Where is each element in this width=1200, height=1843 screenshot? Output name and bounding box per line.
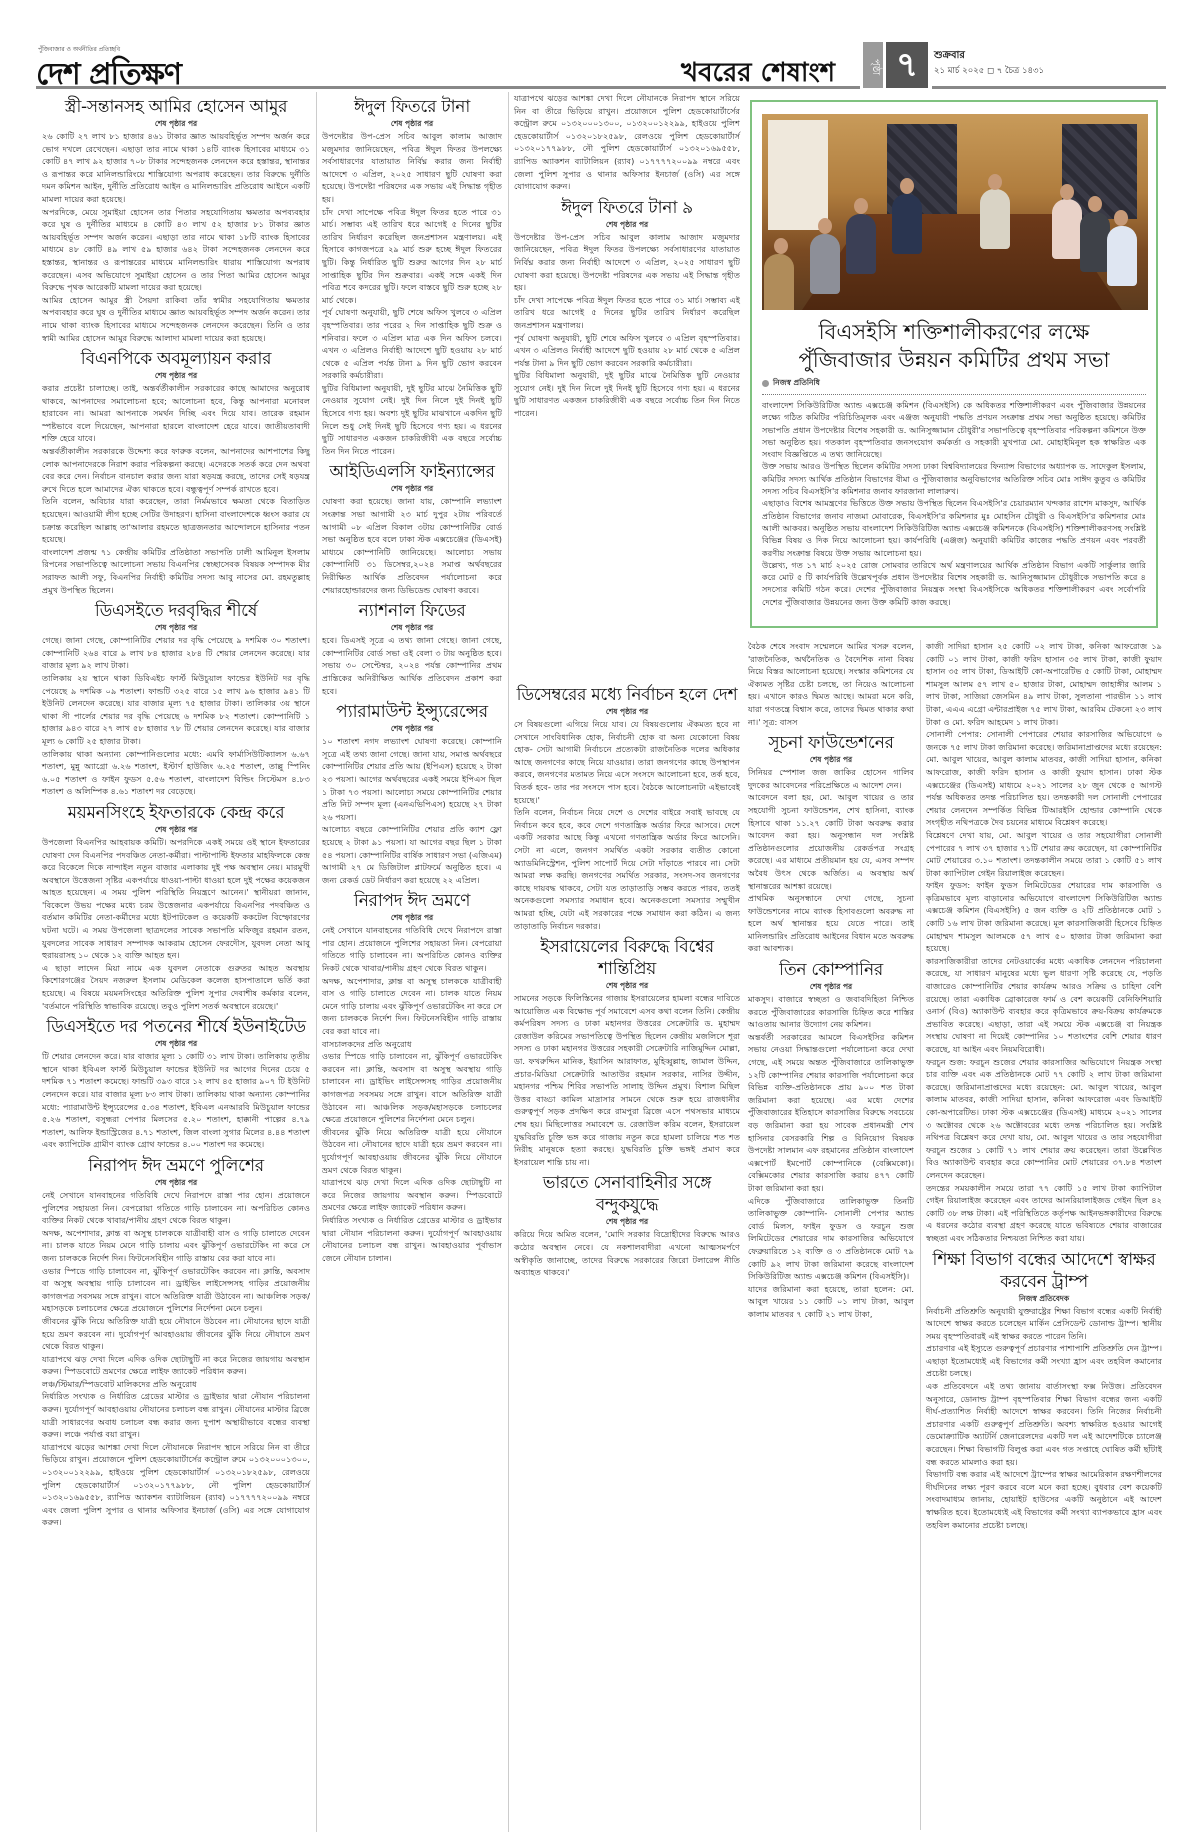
byline-text: নিজস্ব প্রতিনিধি (773, 378, 820, 387)
paragraph: অদক্ষ, অপেশাদার, ক্লান্ত বা অসুস্থ চালকক… (322, 975, 502, 1038)
headline[interactable]: সূচনা ফাউন্ডেশনের (748, 732, 914, 754)
article-safe-eid-travel: নিরাপদ ঈদ ভ্রমণে শেষ পৃষ্ঠার পর নেই সেখা… (322, 890, 502, 1264)
paragraph: হবে। ডিএসই সূত্রে এ তথ্য জানা গেছে। জানা… (322, 634, 502, 697)
article-national-feed: ন্যাশনাল ফিডের শেষ পৃষ্ঠার পর হবে। ডিএসই… (322, 600, 502, 697)
paragraph: সে বিষয়গুলো এগিয়ে নিয়ে যাব। যে বিষয়গ… (514, 718, 740, 806)
paragraph: বাংলাদেশ প্রজন্ম ৭১ কেন্দ্রীয় কমিটির প্… (42, 546, 310, 596)
paragraph: আলোচ্য বছরে কোম্পানিটির শেয়ার প্রতি ক্য… (322, 823, 502, 886)
photo-person (892, 194, 922, 254)
headline[interactable]: নিরাপদ ঈদ ভ্রমণে (322, 890, 502, 912)
issue-date: ২১ মার্চ ২০২৫ ◻ ৭ চৈত্র ১৪৩১ (934, 64, 1044, 78)
column-4: বৈঠক শেষে সংবাদ সম্মেলনে আমির খসরু বলেন,… (748, 640, 914, 1321)
paragraph: যাদের জরিমানা করা হয়েছে, তারা হলেন: মো.… (748, 1283, 914, 1321)
headline[interactable]: প্যারামাউন্ট ইন্স্যুরেন্সের (322, 701, 502, 723)
headline[interactable]: বিএনপিকে অবমূল্যায়ন করার (42, 348, 310, 370)
photo-person-head (1060, 184, 1074, 200)
photo-person (1080, 212, 1110, 272)
paragraph: পূর্ব ঘোষণা অনুযায়ী, ছুটি শেষে অফিস খুল… (322, 306, 502, 382)
paragraph: ফরচুন শুজ: ফরচুন শুজের শেয়ার কারসাজির অ… (926, 1056, 1162, 1182)
headline[interactable]: শিক্ষা বিভাগ বন্ধের আদেশে স্বাক্ষর করবেন… (926, 1249, 1162, 1293)
paragraph: তিনি বলেন, নির্বাচন নিয়ে দেশে ও দেশের ব… (514, 806, 740, 932)
headline[interactable]: আইডিএলসি ফাইন্যান্সের (322, 461, 502, 483)
photo-person-head (774, 238, 788, 254)
article-trump-education: শিক্ষা বিভাগ বন্ধের আদেশে স্বাক্ষর করবেন… (926, 1249, 1162, 1532)
headline[interactable]: ডিএসইতে দর পতনের শীর্ষে ইউনাইটেড (42, 1016, 310, 1038)
page-number: ৭ (886, 42, 928, 88)
paragraph: চাঁদ দেখা সাপেক্ষে পবিত্র ঈদুল ফিতর হতে … (514, 294, 740, 332)
paragraph: এ ছাড়া লাদেন মিয়া নামে এক যুবদল নেতাকে… (42, 962, 310, 1012)
paragraph: নির্ধারিত সংখ্যক ও নির্ধারিত গ্রেডের মাস… (42, 1390, 310, 1440)
photo-person-head (1114, 210, 1128, 226)
continued-label: শেষ পৃষ্ঠার পর (42, 370, 310, 381)
article-mymensingh: ময়মনসিংহে ইফতারকে কেন্দ্র করে শেষ পৃষ্ঠ… (42, 802, 310, 1012)
article-election-december: ডিসেম্বরের মধ্যে নির্বাচন হলে দেশ শেষ পৃ… (514, 684, 740, 932)
paragraph: সামনের সড়কে ফিলিস্তিনের গাজায় ইসরায়েল… (514, 992, 740, 1168)
paragraph: ফাইন ফুডস: ফাইন ফুডস লিমিটেডের শেয়ারের … (926, 879, 1162, 955)
paragraph: অন্তর্বর্তীকালীন সরকারকে উদ্দেশ্য করে ফা… (42, 445, 310, 495)
paragraph: উপজেলা বিএনপির আহবায়ক কমিটি। অপরদিকে এক… (42, 836, 310, 962)
paragraph: ২৬ কোটি ২৭ লাখ ৮১ হাজার ৪৬১ টাকার জ্ঞাত … (42, 130, 310, 206)
headline[interactable]: ন্যাশনাল ফিডের (322, 600, 502, 622)
column-divider (920, 640, 921, 1830)
paragraph: প্রাথমিক অনুসন্ধানে দেখা গেছে, সুচনা ফাউ… (748, 892, 914, 955)
paragraph: মাকসুদ। বাজারে স্বচ্ছতা ও জবাবদিহিতা নিশ… (748, 993, 914, 1031)
article-paramount: প্যারামাউন্ট ইন্স্যুরেন্সের শেষ পৃষ্ঠার … (322, 701, 502, 886)
paragraph: বৈঠক শেষে সংবাদ সম্মেলনে আমির খসরু বলেন,… (748, 640, 914, 728)
paragraph: করিয়ে দিয়ে অমিত বলেন, 'মোদি সরকার বিদ্… (514, 1228, 740, 1278)
byline: নিজস্ব প্রতিবেদক (926, 1293, 1162, 1304)
column-3: যাত্রাপথে ঝড়ের আশঙ্কা দেখা দিলে নৌযানকে… (514, 92, 740, 420)
subheading: লঞ্চ/স্টিমার/স্পিডবোট মালিকদের প্রতি অনু… (42, 1378, 310, 1391)
continued-label: শেষ পৃষ্ঠার পর (322, 723, 502, 734)
continued-label: শেষ পৃষ্ঠার পর (42, 1177, 310, 1188)
paragraph: জীবনের ঝুঁকি নিয়ে অতিরিক্ত যাত্রী হয়ে … (322, 1126, 502, 1176)
paragraph: ছুটির বিধিমালা অনুযায়ী, দুই ছুটির মাঝে … (514, 369, 740, 419)
subheading: বাসচালকদের প্রতি অনুরোধ (322, 1038, 502, 1051)
paragraph: নির্ধারিত সংখ্যক ও নির্ধারিত গ্রেডের মাস… (322, 1214, 502, 1264)
continued-label: শেষ পৃষ্ঠার পর (322, 622, 502, 633)
column-3-lower: ডিসেম্বরের মধ্যে নির্বাচন হলে দেশ শেষ পৃ… (514, 680, 740, 1279)
photo-person-head (854, 198, 868, 214)
article-eid-holiday: ঈদুল ফিতরে টানা শেষ পৃষ্ঠার পর উপদেষ্টার… (322, 96, 502, 457)
article-dse-fall: ডিএসইতে দর পতনের শীর্ষে ইউনাইটেড শেষ পৃষ… (42, 1016, 310, 1151)
photo-person (980, 189, 1010, 249)
paragraph: ঘোষণা করা হয়েছে। জানা যায়, কোম্পানি লভ… (322, 495, 502, 596)
paragraph: অপরদিকে, মেয়ে সুমাইয়া হোসেন তার পিতার … (42, 206, 310, 294)
column-1: স্ত্রী-সন্তানসহ আমির হোসেন আমুর শেষ পৃষ্… (42, 92, 310, 1529)
paragraph: ওভার স্পিডে গাড়ি চালাবেন না, ঝুঁকিপূর্ণ… (42, 1265, 310, 1315)
column-divider (316, 92, 317, 1832)
paragraph: এক প্রতিবেদনে এই তথ্য জানায় বার্তাসংস্থ… (926, 1380, 1162, 1468)
continued-label: শেষ পৃষ্ঠার পর (42, 824, 310, 835)
article-israel-protest: ইসরায়েলের বিরুদ্ধে বিশ্বের শান্তিপ্রিয়… (514, 936, 740, 1168)
page-label: পৃষ্ঠা (863, 42, 883, 88)
dotted-divider (762, 394, 1146, 395)
article-bnp-reform: বৈঠক শেষে সংবাদ সম্মেলনে আমির খসরু বলেন,… (748, 640, 914, 728)
continued-label: শেষ পৃষ্ঠার পর (42, 118, 310, 129)
article-bnp-devalue: বিএনপিকে অবমূল্যায়ন করার শেষ পৃষ্ঠার পর… (42, 348, 310, 596)
photo-person (764, 254, 794, 310)
feature-headline-line1: বিএসইসি শক্তিশালীকরণের লক্ষে (762, 318, 1146, 346)
paragraph: নেই সেখানে যানবাহনের গতিবিধি দেখে নিরাপদ… (42, 1189, 310, 1227)
paragraph: প্রচারণার এই ইস্যুতে গুরুত্বপূর্ণ প্রচার… (926, 1342, 1162, 1380)
article-safe-eid-police: নিরাপদ ঈদ ভ্রমণে পুলিশের শেষ পৃষ্ঠার পর … (42, 1155, 310, 1529)
paragraph: আবেদনে বলা হয়, মো. আবুল খায়ের ও তার সহ… (748, 791, 914, 892)
continued-label: শেষ পৃষ্ঠার পর (322, 912, 502, 923)
paragraph: টি শেয়ার লেনদেন করে। যার বাজার মূল্য ১ … (42, 1050, 310, 1151)
article-dse-rise: ডিএসইতে দরবৃদ্ধির শীর্ষে শেষ পৃষ্ঠার পর … (42, 600, 310, 798)
continued-label: শেষ পৃষ্ঠার পর (322, 483, 502, 494)
paragraph: যাত্রাপথে ঝড় দেখা দিলে এদিক ওদিক ছোটাছু… (42, 1353, 310, 1378)
photo-person (1052, 199, 1082, 259)
paragraph: এদিকে পুঁজিবাজারে তালিকাভুক্ত তিনটি তালি… (748, 1195, 914, 1283)
byline: নিজস্ব প্রতিনিধি (762, 378, 1146, 390)
issue-day: শুক্রবার (934, 48, 965, 65)
continued-label: শেষ পৃষ্ঠার পর (514, 1216, 740, 1227)
column-divider (508, 92, 509, 1832)
paragraph: নেই সেখানে যানবাহনের গতিবিধি দেখে নিরাপদ… (322, 924, 502, 974)
paragraph: সোনালী পেপার: সোনালী পেপারের শেয়ার কারস… (926, 728, 1162, 829)
paragraph: তদন্তের সময়কালীন সময়ে তারা ৭৭ কোটি ১৫ … (926, 1182, 1162, 1245)
paragraph: বিশ্লেষণে দেখা যায়, মো. আবুল খায়ের ও ত… (926, 829, 1162, 879)
photo-person (846, 214, 876, 274)
article-eid-holiday-9: ঈদুল ফিতরে টানা ৯ শেষ পৃষ্ঠার পর উপদেষ্ট… (514, 197, 740, 420)
paragraph: অন্তর্বর্তী সরকারের আমলে বিএসইসির কমিশন … (748, 1031, 914, 1195)
column-2: ঈদুল ফিতরে টানা শেষ পৃষ্ঠার পর উপদেষ্টার… (322, 92, 502, 1264)
paragraph: এছাড়াও বিশেষ আমন্ত্রণের ভিত্তিতে উক্ত স… (762, 497, 1146, 558)
paragraph: চাঁদ দেখা সাপেক্ষে পবিত্র ঈদুল ফিতর হতে … (322, 206, 502, 307)
headline[interactable]: ইসরায়েলের বিরুদ্ধে বিশ্বের শান্তিপ্রিয় (514, 936, 740, 980)
continued-label: শেষ পৃষ্ঠার পর (42, 622, 310, 633)
article-india-gunfight: ভারতে সেনাবাহিনীর সঙ্গে বন্দুকযুদ্ধে শেষ… (514, 1172, 740, 1278)
headline[interactable]: ডিএসইতে দরবৃদ্ধির শীর্ষে (42, 600, 310, 622)
feature-article-bsec: বিএসইসি শক্তিশালীকরণের লক্ষে পুঁজিবাজার … (750, 100, 1158, 628)
paragraph: করার প্রচেষ্টা চালাচ্ছে। তাই, অন্তর্বর্ত… (42, 382, 310, 445)
paragraph: অদক্ষ, অপেশাদার, ক্লান্ত বা অসুস্থ চালকক… (42, 1227, 310, 1265)
article-amir-hossain: স্ত্রী-সন্তানসহ আমির হোসেন আমুর শেষ পৃষ্… (42, 96, 310, 344)
paragraph: উপদেষ্টার উপ-প্রেস সচিব আবুল কালাম আজাদ … (514, 231, 740, 294)
paragraph: ওভার স্পিডে গাড়ি চালাবেন না, ঝুঁকিপূর্ণ… (322, 1050, 502, 1126)
paragraph: জীবনের ঝুঁকি নিয়ে অতিরিক্ত যাত্রী হয়ে … (42, 1315, 310, 1353)
section-title: খবরের শেষাংশ (681, 52, 835, 96)
paragraph: যাত্রাপথে ঝড়ের আশঙ্কা দেখা দিলে নৌযানকে… (514, 92, 740, 193)
headline[interactable]: ঈদুল ফিতরে টানা (322, 96, 502, 118)
paragraph: গেছে। জানা গেছে, কোম্পানিটির শেয়ার দর ব… (42, 634, 310, 672)
feature-headline[interactable]: বিএসইসি শক্তিশালীকরণের লক্ষে পুঁজিবাজার … (762, 318, 1146, 374)
committee-meeting-photo[interactable] (762, 114, 1148, 310)
headline[interactable]: নিরাপদ ঈদ ভ্রমণে পুলিশের (42, 1155, 310, 1177)
paragraph: সিনিয়র স্পেশাল জজ জাকির হোসেন গালিব দুদ… (748, 766, 914, 791)
paragraph: কাজী সাদিয়া হাসান ২৫ কোটি ০২ লাখ টাকা, … (926, 640, 1162, 728)
paragraph: ছুটির বিধিমালা অনুযায়ী, দুই ছুটির মাঝে … (322, 382, 502, 458)
article-suchona: সূচনা ফাউন্ডেশনের শেষ পৃষ্ঠার পর সিনিয়র… (748, 732, 914, 955)
paragraph: বিভাগটি বন্ধ করার এই আদেশে ট্রাম্পের স্ব… (926, 1468, 1162, 1531)
article-fines-detail: কাজী সাদিয়া হাসান ২৫ কোটি ০২ লাখ টাকা, … (926, 640, 1162, 1245)
feature-headline-line2: পুঁজিবাজার উন্নয়ন কমিটির প্রথম সভা (762, 346, 1146, 374)
photo-person (810, 234, 840, 294)
paragraph: উপদেষ্টার উপ-প্রেস সচিব আবুল কালাম আজাদ … (322, 130, 502, 206)
photo-person-head (900, 178, 914, 194)
bullet-icon (762, 380, 769, 387)
paragraph: যাত্রাপথে ঝড়ের আশঙ্কা দেখা দিলে নৌযানকে… (42, 1441, 310, 1529)
masthead: পুঁজিবাজার ও অর্থনীতির প্রতিচ্ছবি দেশ প্… (36, 40, 1166, 90)
photo-person-head (818, 218, 832, 234)
headline[interactable]: ভারতে সেনাবাহিনীর সঙ্গে বন্দুকযুদ্ধে (514, 1172, 740, 1216)
paragraph: ১০ শতাংশ নগদ লভ্যাংশ ঘোষণা করেছে। কোম্পা… (322, 735, 502, 823)
photo-person-head (988, 174, 1002, 190)
continued-label: শেষ পৃষ্ঠার পর (514, 706, 740, 717)
article-idlc-finance: আইডিএলসি ফাইন্যান্সের শেষ পৃষ্ঠার পর ঘোষ… (322, 461, 502, 596)
continued-label: শেষ পৃষ্ঠার পর (42, 1038, 310, 1049)
paragraph: তালিকায় থাকা অন্যান্য কোম্পানিগুলোর মধ্… (42, 748, 310, 798)
headline[interactable]: ময়মনসিংহে ইফতারকে কেন্দ্র করে (42, 802, 310, 824)
continued-label: শেষ পৃষ্ঠার পর (748, 754, 914, 765)
masthead-rule (36, 86, 260, 89)
headline[interactable]: ডিসেম্বরের মধ্যে নির্বাচন হলে দেশ (514, 684, 740, 706)
paragraph: উক্ত সভায় আরও উপস্থিত ছিলেন কমিটির সদস্… (762, 460, 1146, 497)
continued-label: শেষ পৃষ্ঠার পর (514, 219, 740, 230)
paragraph: আমির হোসেন আমুর স্ত্রী সৈয়দা রাকিবা তাঁ… (42, 294, 310, 344)
paragraph: কারসাজিকারীরা তাদের নেটওয়ার্কের মধ্যে এ… (926, 955, 1162, 1056)
paragraph: বাংলাদেশ সিকিউরিটিজ অ্যান্ড এক্সচেঞ্জ কম… (762, 399, 1146, 460)
photo-person (1107, 226, 1137, 286)
article-three-companies: তিন কোম্পানির শেষ পৃষ্ঠার পর মাকসুদ। বাজ… (748, 959, 914, 1320)
headline[interactable]: স্ত্রী-সন্তানসহ আমির হোসেন আমুর (42, 96, 310, 118)
continued-label: শেষ পৃষ্ঠার পর (514, 980, 740, 991)
paragraph: তালিকায় ২য় স্থানে থাকা ডিবিএইচ ফার্স্ট… (42, 672, 310, 748)
paragraph: নির্বাচনী প্রতিশ্রুতি অনুযায়ী যুক্তরাষ্… (926, 1305, 1162, 1343)
paragraph: পূর্ব ঘোষণা অনুযায়ী, ছুটি শেষে অফিস খুল… (514, 332, 740, 370)
headline[interactable]: তিন কোম্পানির (748, 959, 914, 981)
column-5: কাজী সাদিয়া হাসান ২৫ কোটি ০২ লাখ টাকা, … (926, 640, 1162, 1531)
paragraph: তিনি বলেন, অবিচার যারা করেছেন, তারা নির্… (42, 495, 310, 545)
paragraph: যাত্রাপথে ঝড় দেখা দিলে এদিক ওদিক ছোটাছু… (322, 1176, 502, 1214)
headline[interactable]: ঈদুল ফিতরে টানা ৯ (514, 197, 740, 219)
continued-label: শেষ পৃষ্ঠার পর (322, 118, 502, 129)
photo-window (768, 120, 828, 230)
continued-label: শেষ পৃষ্ঠার পর (748, 981, 914, 992)
paragraph: উল্লেখ্য, গত ১৭ মার্চ ২০২৫ রোজ সোমবার তা… (762, 559, 1146, 608)
photo-person-head (1088, 196, 1102, 212)
masthead-rule (932, 86, 1166, 89)
